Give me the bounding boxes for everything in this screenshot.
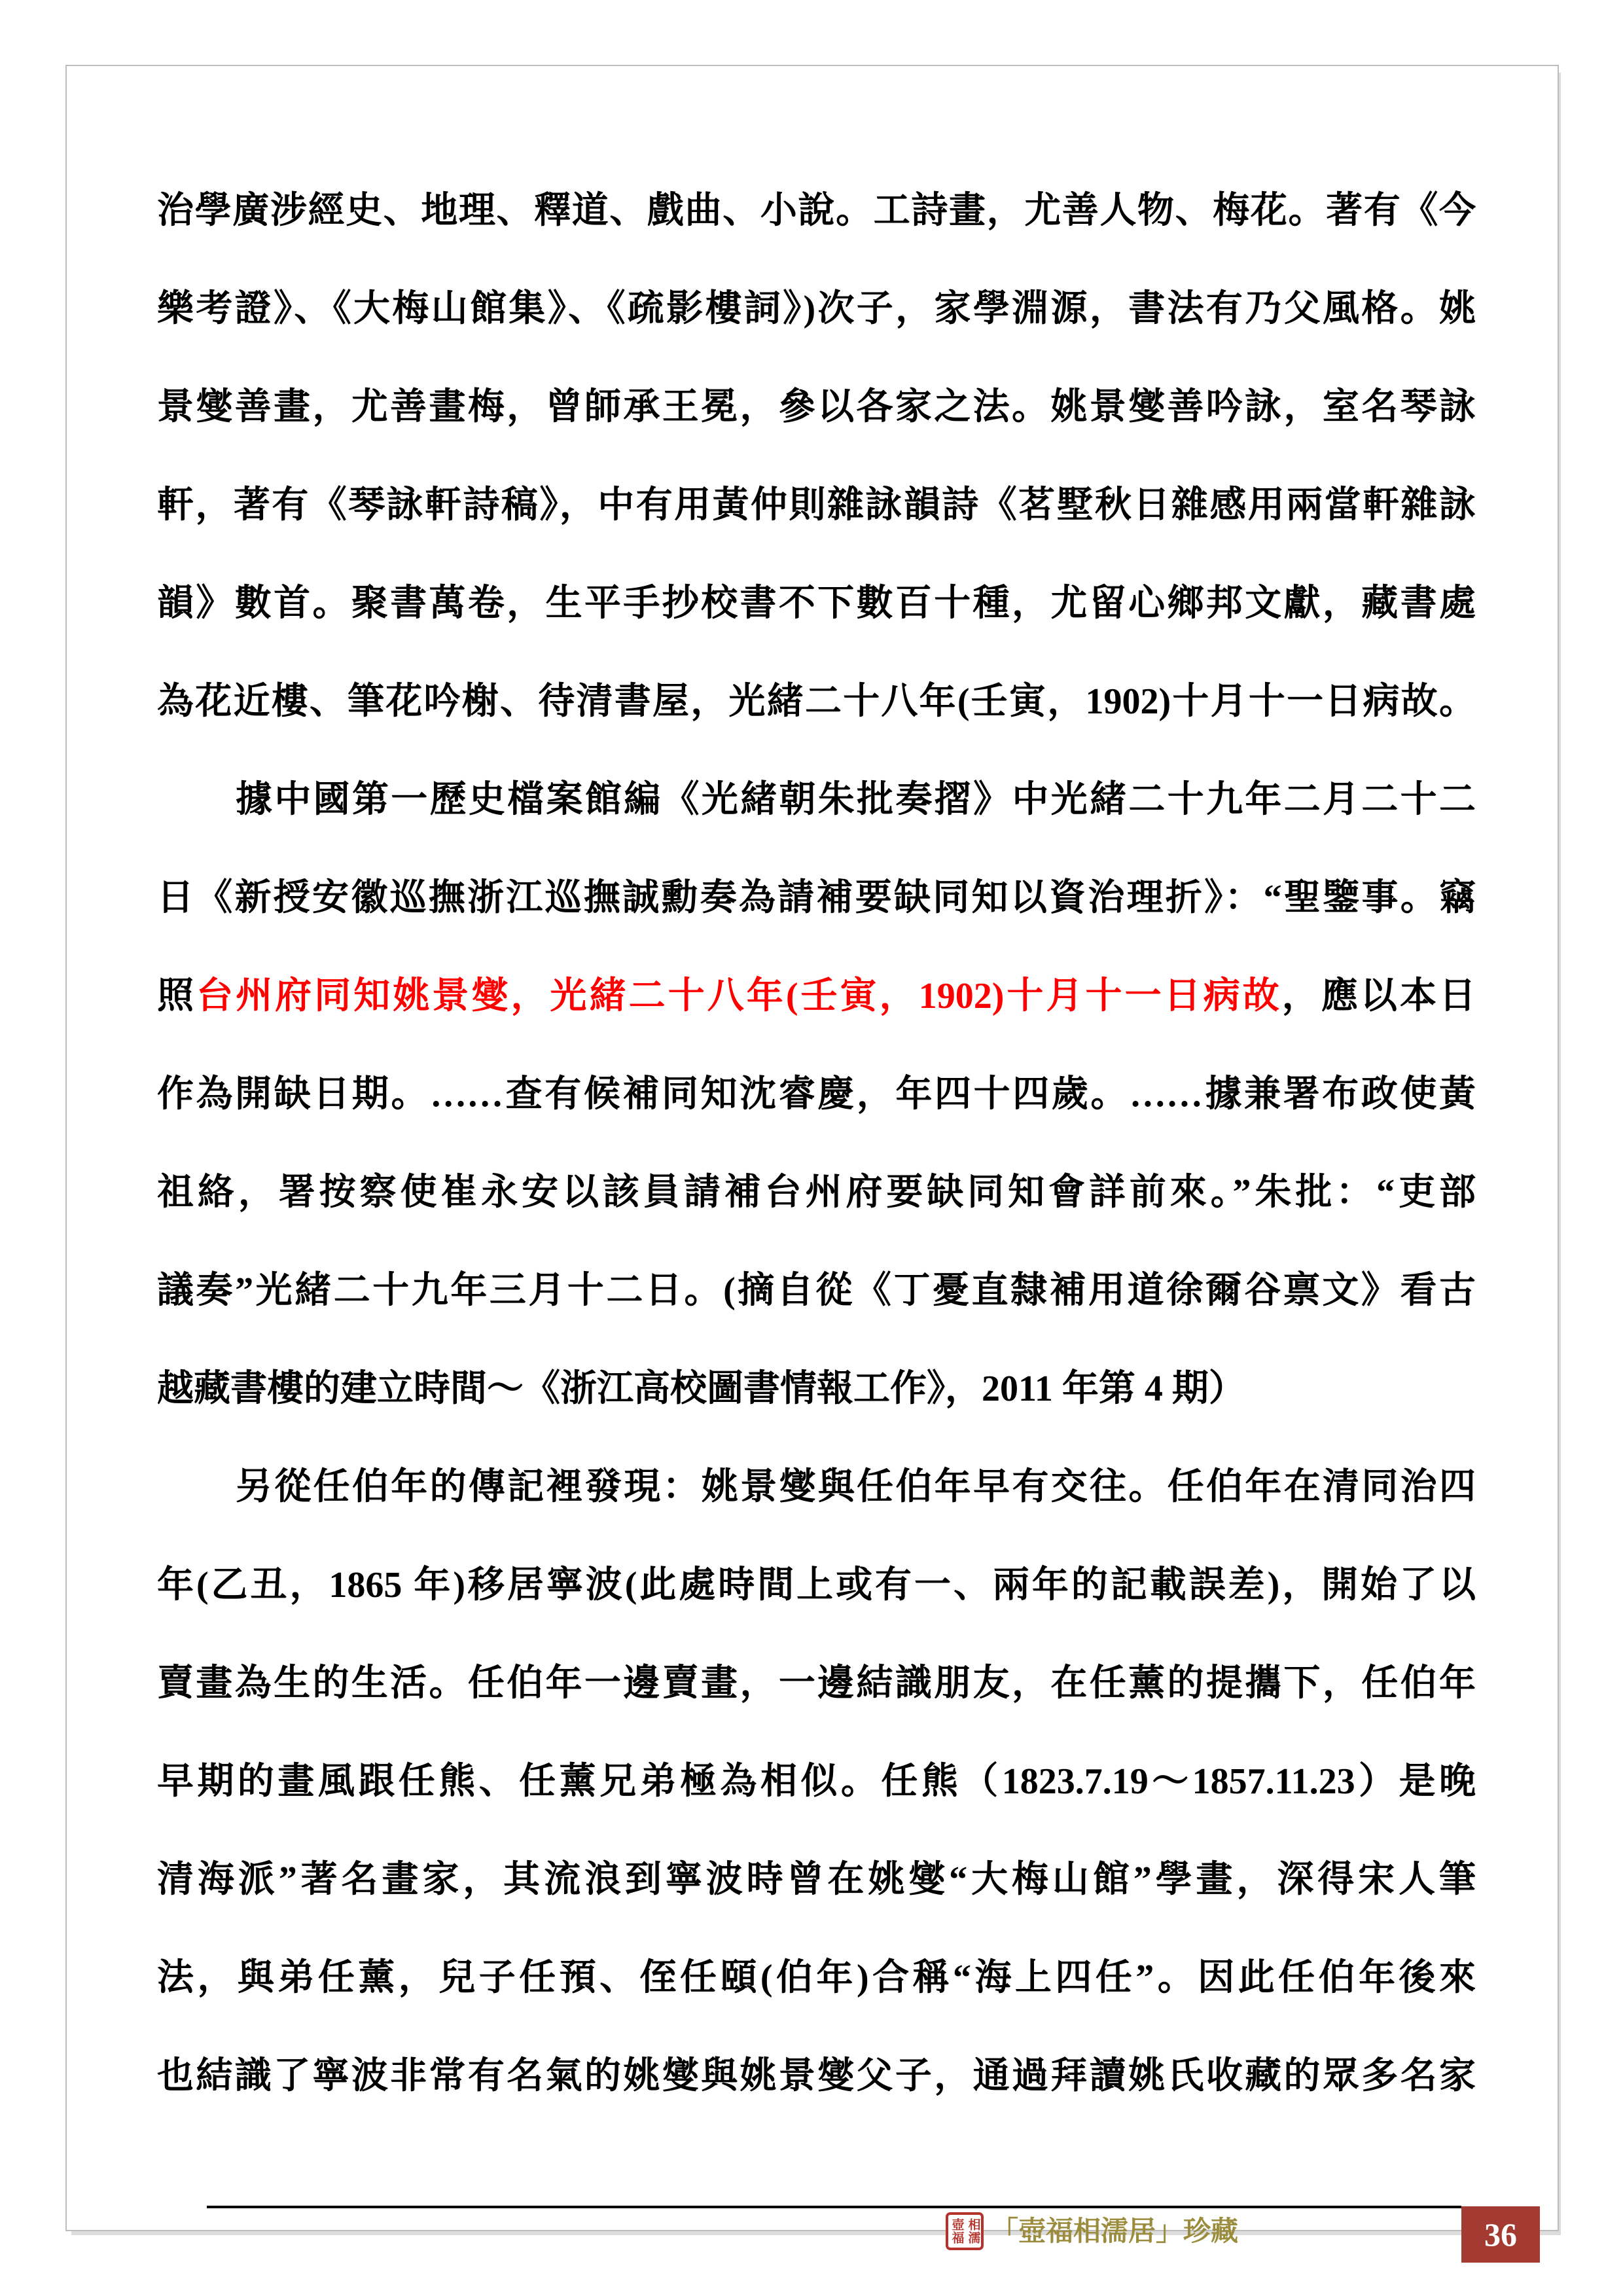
text-run: 軒，著有《琴詠軒詩稿》，中有用黃仲則雜詠韻詩《茗墅秋日雜感用兩當軒雜詠: [157, 485, 1476, 526]
text-line: 另從任伯年的傳記裡發現：姚景燮與任伯年早有交往。任伯年在清同治四: [157, 1438, 1476, 1536]
text-line: 作為開缺日期。……查有候補同知沈睿慶，年四十四歲。……據兼署布政使黃: [157, 1045, 1476, 1143]
text-run: 據中國第一歷史檔案館編《光緒朝朱批奏摺》中光緒二十九年二月二十二: [236, 780, 1476, 820]
text-run: 為花近樓、筆花吟榭、待清書屋，光緒二十八年(壬寅，1902)十月十一日病故。: [157, 681, 1476, 722]
seal-glyphs-right: 壺福: [950, 2218, 964, 2244]
text-line: 早期的畫風跟任熊、任薰兄弟極為相似。任熊（1823.7.19～1857.11.2…: [157, 1732, 1476, 1831]
text-line: 據中國第一歷史檔案館編《光緒朝朱批奏摺》中光緒二十九年二月二十二: [157, 751, 1476, 849]
text-run: 另從任伯年的傳記裡發現：姚景燮與任伯年早有交往。任伯年在清同治四: [236, 1467, 1476, 1507]
text-line: 法，與弟任薰，兒子任預、侄任頤(伯年)合稱“海上四任”。因此任伯年後來: [157, 1929, 1476, 2027]
text-line: 賣畫為生的生活。任伯年一邊賣畫，一邊結識朋友，在任薰的提攜下，任伯年: [157, 1634, 1476, 1732]
text-run: 韻》數首。聚書萬卷，生平手抄校書不下數百十種，尤留心鄉邦文獻，藏書處: [157, 583, 1476, 624]
text-line: 日《新授安徽巡撫浙江巡撫誠勳奏為請補要缺同知以資治理折》：“聖鑒事。竊: [157, 849, 1476, 947]
text-run: 清海派”著名畫家，其流浪到寧波時曾在姚燮“大梅山館”學畫，深得宋人筆: [157, 1859, 1476, 1900]
footer-divider: [207, 2206, 1461, 2208]
collection-seal-icon: 壺福 相濡: [946, 2212, 984, 2250]
text-run: 議奏”光緒二十九年三月十二日。(摘自從《丁憂直隸補用道徐爾谷禀文》看古: [157, 1270, 1476, 1311]
text-run: 早期的畫風跟任熊、任薰兄弟極為相似。任熊（1823.7.19～1857.11.2…: [157, 1761, 1476, 1802]
text-run: 治學廣涉經史、地理、釋道、戲曲、小說。工詩畫，尤善人物、梅花。著有《今: [157, 190, 1476, 231]
text-run: 法，與弟任薰，兒子任預、侄任頤(伯年)合稱“海上四任”。因此任伯年後來: [157, 1958, 1476, 1998]
text-block: 治學廣涉經史、地理、釋道、戲曲、小說。工詩畫，尤善人物、梅花。著有《今樂考證》、…: [157, 162, 1476, 2125]
text-line: 景燮善畫，尤善畫梅，曾師承王冕，參以各家之法。姚景燮善吟詠，室名琴詠: [157, 358, 1476, 456]
text-line: 也結識了寧波非常有名氣的姚燮與姚景燮父子，通過拜讀姚氏收藏的眾多名家: [157, 2027, 1476, 2125]
highlighted-text-run: 台州府同知姚景燮，光緒二十八年(壬寅，1902)十月十一日病故: [196, 976, 1282, 1016]
text-line: 治學廣涉經史、地理、釋道、戲曲、小說。工詩畫，尤善人物、梅花。著有《今: [157, 162, 1476, 260]
text-line: 樂考證》、《大梅山館集》、《疏影樓詞》)次子，家學淵源，書法有乃父風格。姚: [157, 260, 1476, 358]
text-run: 祖絡，署按察使崔永安以該員請補台州府要缺同知會詳前來。”朱批：“吏部: [157, 1172, 1476, 1213]
text-line: 軒，著有《琴詠軒詩稿》，中有用黃仲則雜詠韻詩《茗墅秋日雜感用兩當軒雜詠: [157, 456, 1476, 554]
text-run: 樂考證》、《大梅山館集》、《疏影樓詞》)次子，家學淵源，書法有乃父風格。姚: [157, 289, 1476, 329]
text-run: 賣畫為生的生活。任伯年一邊賣畫，一邊結識朋友，在任薰的提攜下，任伯年: [157, 1663, 1476, 1704]
text-line: 為花近樓、筆花吟榭、待清書屋，光緒二十八年(壬寅，1902)十月十一日病故。: [157, 653, 1476, 751]
seal-glyphs-left: 相濡: [966, 2218, 980, 2244]
text-line: 議奏”光緒二十九年三月十二日。(摘自從《丁憂直隸補用道徐爾谷禀文》看古: [157, 1242, 1476, 1340]
text-run: 也結識了寧波非常有名氣的姚燮與姚景燮父子，通過拜讀姚氏收藏的眾多名家: [157, 2056, 1476, 2096]
page-number: 36: [1484, 2215, 1517, 2253]
text-run: 景燮善畫，尤善畫梅，曾師承王冕，參以各家之法。姚景燮善吟詠，室名琴詠: [157, 387, 1476, 427]
text-line: 年(乙丑，1865 年)移居寧波(此處時間上或有一、兩年的記載誤差)，開始了以: [157, 1536, 1476, 1634]
collection-label: 「壺福相濡居」珍藏: [991, 2211, 1253, 2253]
text-run: 日《新授安徽巡撫浙江巡撫誠勳奏為請補要缺同知以資治理折》：“聖鑒事。竊: [157, 878, 1476, 918]
text-run: 越藏書樓的建立時間～《浙江高校圖書情報工作》，2011 年第 4 期）: [157, 1369, 1245, 1409]
page-number-badge: 36: [1461, 2206, 1540, 2263]
text-line: 祖絡，署按察使崔永安以該員請補台州府要缺同知會詳前來。”朱批：“吏部: [157, 1143, 1476, 1242]
text-run: 照: [157, 976, 196, 1016]
text-run: 年(乙丑，1865 年)移居寧波(此處時間上或有一、兩年的記載誤差)，開始了以: [157, 1565, 1476, 1605]
text-line: 照台州府同知姚景燮，光緒二十八年(壬寅，1902)十月十一日病故，應以本日: [157, 947, 1476, 1045]
text-line: 越藏書樓的建立時間～《浙江高校圖書情報工作》，2011 年第 4 期）: [157, 1340, 1476, 1438]
text-run: 作為開缺日期。……查有候補同知沈睿慶，年四十四歲。……據兼署布政使黃: [157, 1074, 1476, 1115]
text-line: 韻》數首。聚書萬卷，生平手抄校書不下數百十種，尤留心鄉邦文獻，藏書處: [157, 554, 1476, 653]
text-line: 清海派”著名畫家，其流浪到寧波時曾在姚燮“大梅山館”學畫，深得宋人筆: [157, 1831, 1476, 1929]
text-run: ，應以本日: [1282, 976, 1476, 1016]
